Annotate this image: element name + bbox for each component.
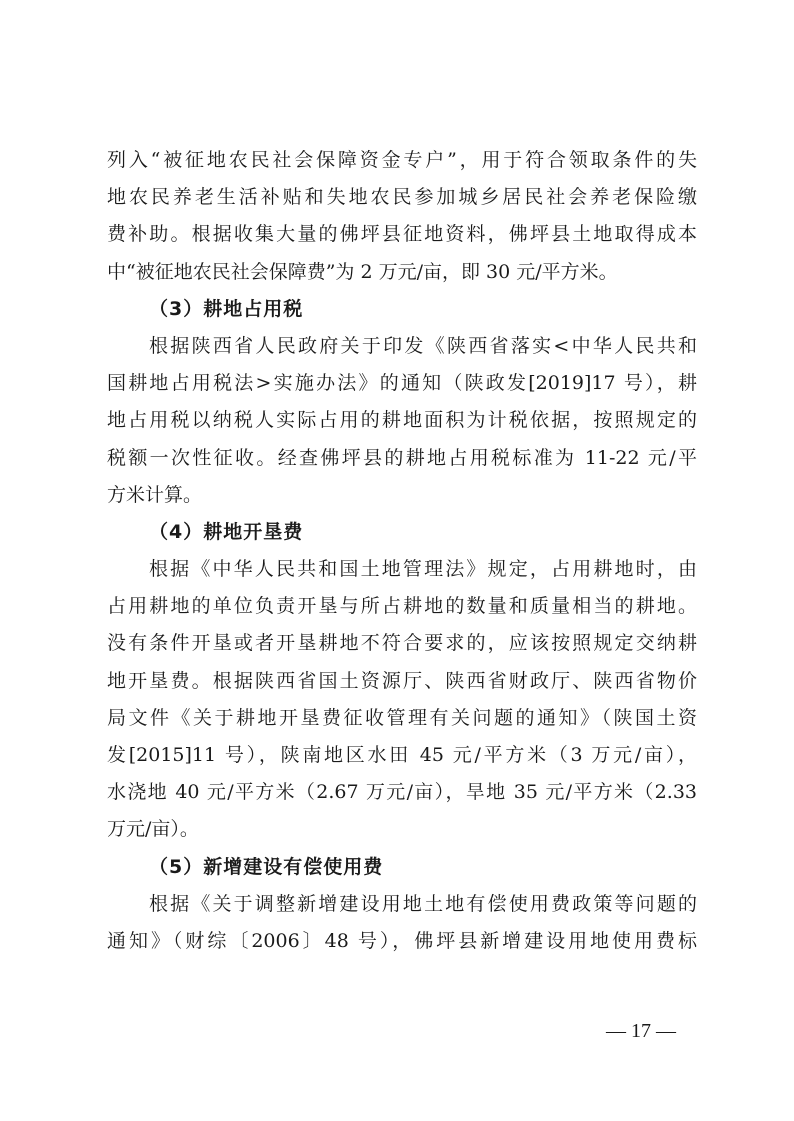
text-line: 国耕地占用税法>实施办法》的通知（陕政发[2019]17 号），耕	[107, 365, 697, 402]
section-heading: （4）耕地开垦费	[107, 514, 697, 551]
section-heading: （3）耕地占用税	[107, 291, 697, 328]
section-heading: （5）新增建设有偿使用费	[107, 849, 697, 886]
text-line: 通知》（财综〔2006〕48 号），佛坪县新增建设用地使用费标	[107, 923, 697, 960]
document-body: 列入“被征地农民社会保障资金专户”，用于符合领取条件的失 地农民养老生活补贴和失…	[107, 142, 697, 960]
section-new-construction-fee: （5）新增建设有偿使用费 根据《关于调整新增建设用地土地有偿使用费政策等问题的 …	[107, 849, 697, 961]
text-line: 列入“被征地农民社会保障资金专户”，用于符合领取条件的失	[107, 142, 697, 179]
text-line: 地农民养老生活补贴和失地农民参加城乡居民社会养老保险缴	[107, 179, 697, 216]
text-line: 根据《中华人民共和国土地管理法》规定，占用耕地时，由	[107, 551, 697, 588]
text-line: 中“被征地农民社会保障费”为 2 万元/亩，即 30 元/平方米。	[107, 254, 697, 291]
text-line: 方米计算。	[107, 477, 697, 514]
text-line: 水浇地 40 元/平方米（2.67 万元/亩），旱地 35 元/平方米（2.33	[107, 774, 697, 811]
text-line: 局文件《关于耕地开垦费征收管理有关问题的通知》（陕国土资	[107, 700, 697, 737]
text-line: 根据陕西省人民政府关于印发《陕西省落实<中华人民共和	[107, 328, 697, 365]
paragraph-continued: 列入“被征地农民社会保障资金专户”，用于符合领取条件的失 地农民养老生活补贴和失…	[107, 142, 697, 291]
text-line: 万元/亩）。	[107, 811, 697, 848]
page-number: — 17 —	[606, 1020, 676, 1043]
text-line: 费补助。根据收集大量的佛坪县征地资料，佛坪县土地取得成本	[107, 216, 697, 253]
text-line: 发[2015]11 号），陕南地区水田 45 元/平方米（3 万元/亩），	[107, 737, 697, 774]
text-line: 税额一次性征收。经查佛坪县的耕地占用税标准为 11-22 元/平	[107, 440, 697, 477]
text-line: 地占用税以纳税人实际占用的耕地面积为计税依据，按照规定的	[107, 402, 697, 439]
text-line: 根据《关于调整新增建设用地土地有偿使用费政策等问题的	[107, 886, 697, 923]
text-line: 没有条件开垦或者开垦耕地不符合要求的，应该按照规定交纳耕	[107, 625, 697, 662]
section-land-reclamation-fee: （4）耕地开垦费 根据《中华人民共和国土地管理法》规定，占用耕地时，由 占用耕地…	[107, 514, 697, 849]
section-cultivated-land-tax: （3）耕地占用税 根据陕西省人民政府关于印发《陕西省落实<中华人民共和 国耕地占…	[107, 291, 697, 514]
text-line: 占用耕地的单位负责开垦与所占耕地的数量和质量相当的耕地。	[107, 588, 697, 625]
text-line: 地开垦费。根据陕西省国土资源厅、陕西省财政厅、陕西省物价	[107, 663, 697, 700]
